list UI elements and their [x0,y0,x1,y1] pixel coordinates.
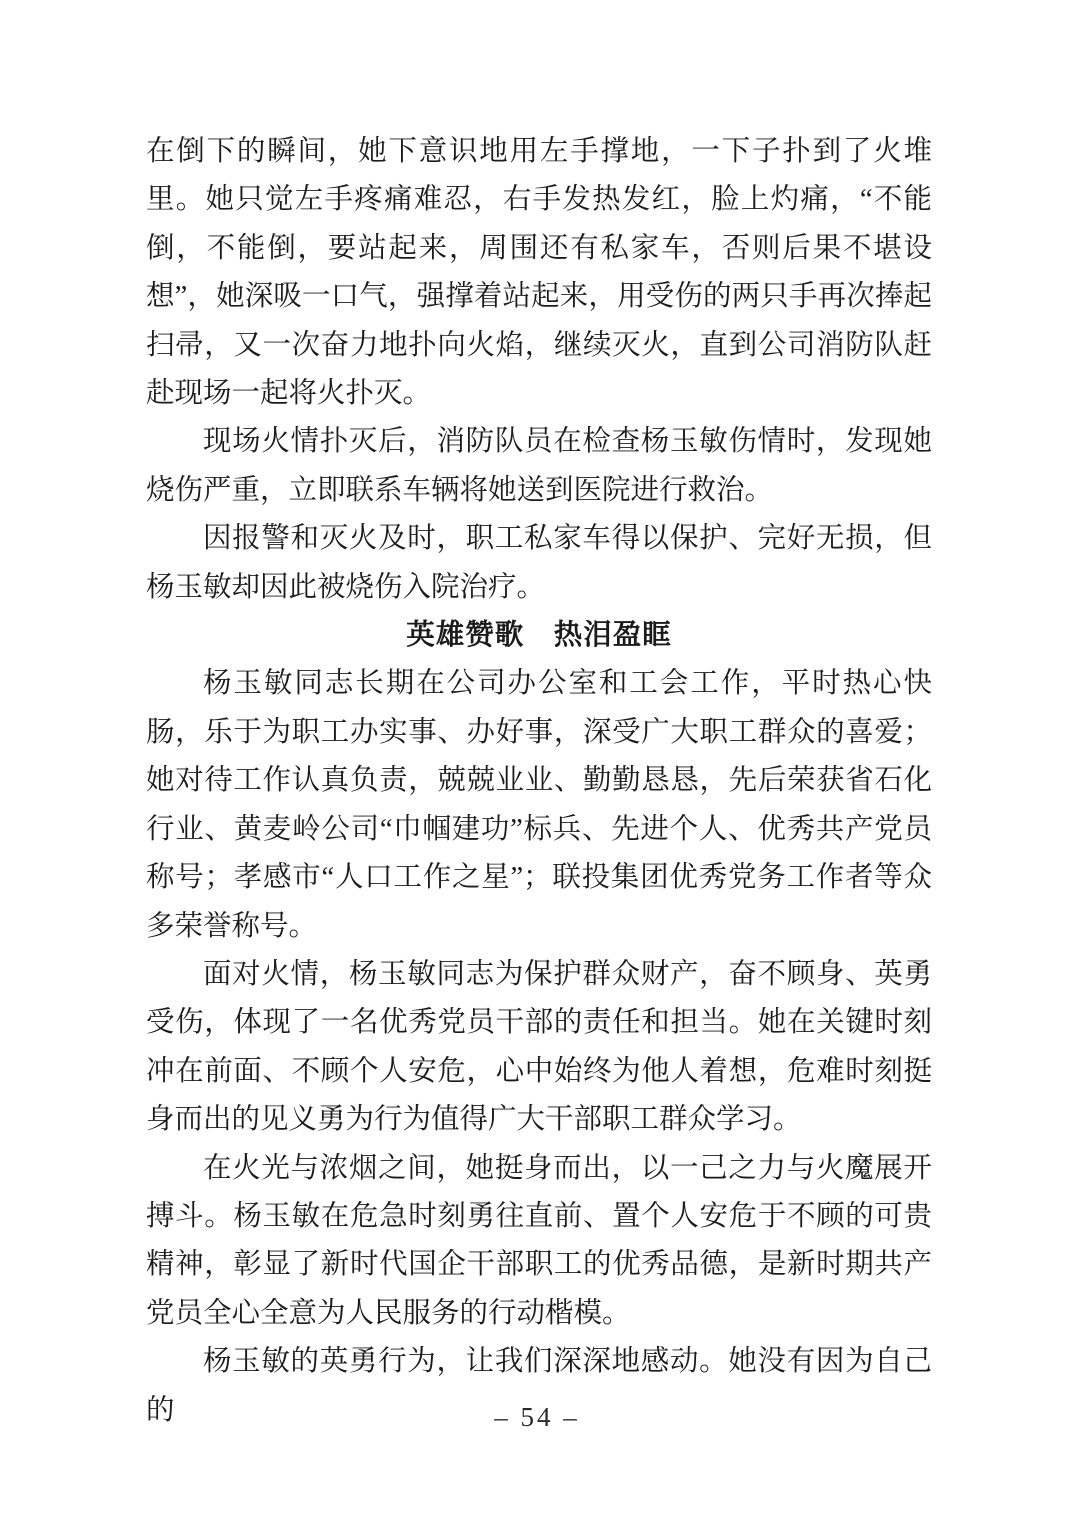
paragraph: 面对火情，杨玉敏同志为保护群众财产，奋不顾身、英勇受伤，体现了一名优秀党员干部的… [146,951,932,1145]
paragraph: 在倒下的瞬间，她下意识地用左手撑地，一下子扑到了火堆里。她只觉左手疼痛难忍，右手… [146,128,932,418]
document-page: 在倒下的瞬间，她下意识地用左手撑地，一下子扑到了火堆里。她只觉左手疼痛难忍，右手… [0,0,1074,1520]
document-body: 在倒下的瞬间，她下意识地用左手撑地，一下子扑到了火堆里。她只觉左手疼痛难忍，右手… [146,128,932,1435]
paragraph: 杨玉敏同志长期在公司办公室和工会工作，平时热心快肠，乐于为职工办实事、办好事，深… [146,660,932,950]
section-heading: 英雄赞歌 热泪盈眶 [146,612,932,660]
paragraph: 在火光与浓烟之间，她挺身而出，以一己之力与火魔展开搏斗。杨玉敏在危急时刻勇往直前… [146,1145,932,1339]
page-number: – 54 – [0,1401,1074,1433]
paragraph: 因报警和灭火及时，职工私家车得以保护、完好无损，但杨玉敏却因此被烧伤入院治疗。 [146,515,932,612]
paragraph: 现场火情扑灭后，消防队员在检查杨玉敏伤情时，发现她烧伤严重，立即联系车辆将她送到… [146,418,932,515]
